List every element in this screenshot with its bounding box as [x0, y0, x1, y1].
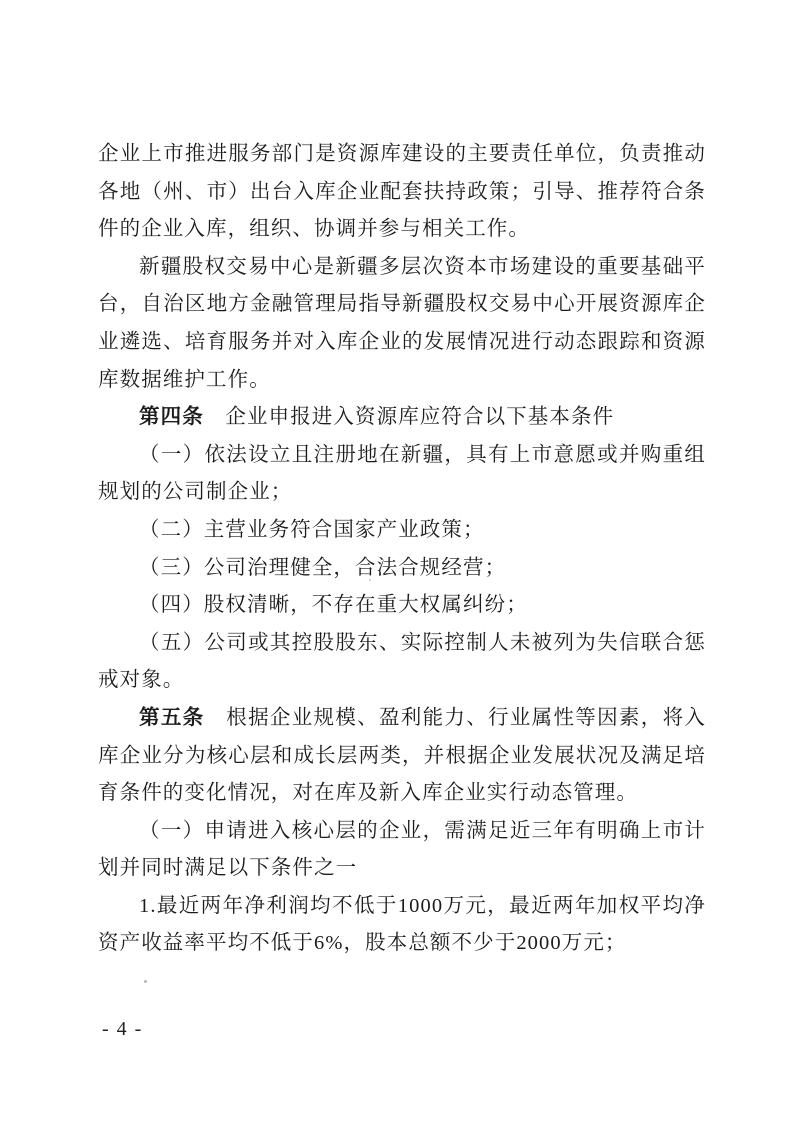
paragraph: 第五条 根据企业规模、盈利能力、行业属性等因素，将入库企业分为核心层和成长层两类… — [98, 700, 706, 813]
text-run: 企业申报进入资源库应符合以下基本条件 — [204, 406, 614, 428]
paragraph: 新疆股权交易中心是新疆多层次资本市场建设的重要基础平台，自治区地方金融管理局指导… — [98, 249, 706, 399]
document-page: 企业上市推进服务部门是资源库建设的主要责任单位，负责推动各地（州、市）出台入库企… — [0, 0, 793, 1121]
scan-speck — [369, 579, 371, 581]
page-number: - 4 - — [102, 1018, 143, 1040]
text-run: 1.最近两年净利润均不低于1000万元，最近两年加权平均净资产收益率平均不低于6… — [98, 895, 706, 955]
paragraph: （三）公司治理健全，合法合规经营； — [98, 550, 706, 588]
article-number-heading: 第四条 — [139, 406, 204, 428]
text-run: （一）依法设立且注册地在新疆，具有上市意愿或并购重组规划的公司制企业； — [98, 444, 706, 504]
scan-speck — [144, 980, 147, 983]
article-number-heading: 第五条 — [139, 707, 204, 729]
paragraph: 1.最近两年净利润均不低于1000万元，最近两年加权平均净资产收益率平均不低于6… — [98, 888, 706, 963]
text-run: （一）申请进入核心层的企业，需满足近三年有明确上市计划并同时满足以下条件之一 — [98, 820, 706, 880]
document-body: 企业上市推进服务部门是资源库建设的主要责任单位，负责推动各地（州、市）出台入库企… — [98, 136, 706, 963]
text-run: 新疆股权交易中心是新疆多层次资本市场建设的重要基础平台，自治区地方金融管理局指导… — [98, 256, 706, 391]
text-run: （二）主营业务符合国家产业政策； — [139, 519, 485, 541]
paragraph: （四）股权清晰，不存在重大权属纠纷； — [98, 587, 706, 625]
paragraph: （一）依法设立且注册地在新疆，具有上市意愿或并购重组规划的公司制企业； — [98, 437, 706, 512]
paragraph: 第四条 企业申报进入资源库应符合以下基本条件 — [98, 399, 706, 437]
paragraph: （五）公司或其控股股东、实际控制人未被列为失信联合惩戒对象。 — [98, 625, 706, 700]
text-run: 企业上市推进服务部门是资源库建设的主要责任单位，负责推动各地（州、市）出台入库企… — [98, 143, 706, 240]
paragraph: （二）主营业务符合国家产业政策； — [98, 512, 706, 550]
page-footer: - 4 - — [102, 1018, 143, 1041]
text-run: （四）股权清晰，不存在重大权属纠纷； — [139, 594, 528, 616]
text-run: （五）公司或其控股股东、实际控制人未被列为失信联合惩戒对象。 — [98, 632, 706, 692]
paragraph: （一）申请进入核心层的企业，需满足近三年有明确上市计划并同时满足以下条件之一 — [98, 813, 706, 888]
paragraph: 企业上市推进服务部门是资源库建设的主要责任单位，负责推动各地（州、市）出台入库企… — [98, 136, 706, 249]
text-run: （三）公司治理健全，合法合规经营； — [139, 557, 506, 579]
